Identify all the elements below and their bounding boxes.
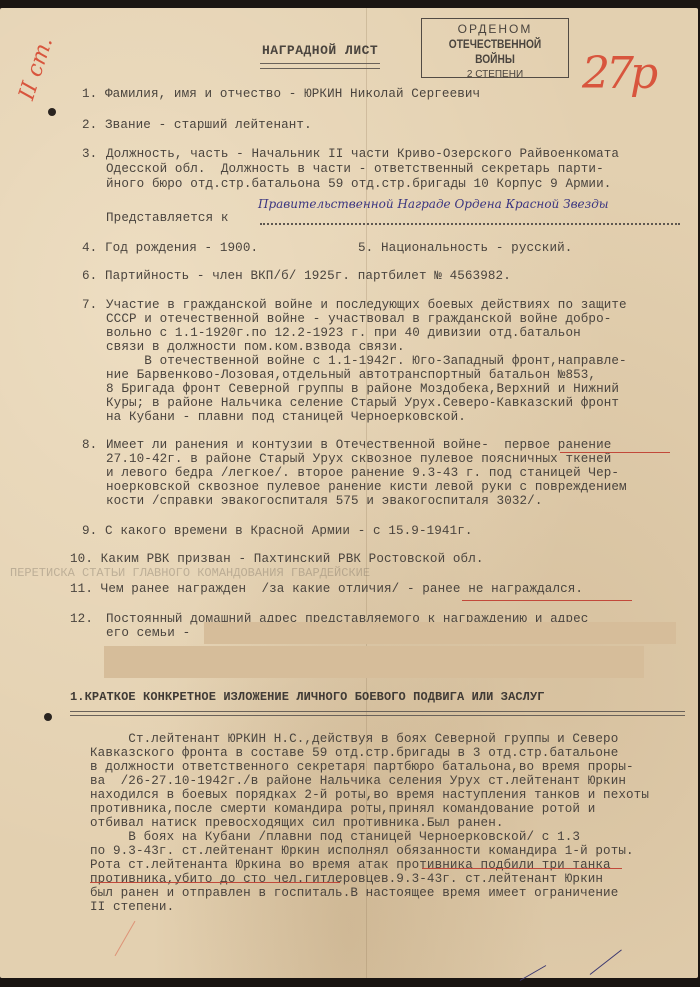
field-text: С какого времени в Красной Армии - с 15.… [105,524,473,538]
redacted-address [204,622,676,644]
redacted-address [104,646,644,678]
narrative-line: Ст.лейтенант ЮРКИН Н.С.,действуя в боях … [90,732,618,746]
field-8-line: и левого бедра /легкое/. второе ранение … [106,466,619,480]
field-8-line: Имеет ли ранения и контузии в Отечествен… [106,438,611,452]
field-5: 5. Национальность - русский. [358,241,572,255]
field-text: Национальность - русский. [381,241,572,255]
stamp-line-1: ОРДЕНОМ [422,22,568,37]
field-7-line: Куры; в районе Нальчика селение Старый У… [106,396,619,410]
field-number: 6. [82,269,97,283]
field-number: 5. [358,241,373,255]
field-7-number: 7. [82,298,97,312]
field-7-line: ние Барвенково-Лозовая,отдельный автотра… [106,368,596,382]
section-title: 1.КРАТКОЕ КОНКРЕТНОЕ ИЗЛОЖЕНИЕ ЛИЧНОГО Б… [70,690,545,704]
dotted-line [260,223,680,225]
handwritten-award: Правительственной Награде Ордена Красной… [258,197,609,211]
field-8-line: 27.10-42г. в районе Старый Урух сквозное… [106,452,611,466]
field-12-number: 12. [70,612,93,626]
field-3-number: 3. [82,147,97,161]
page-title: НАГРАДНОЙ ЛИСТ [262,44,378,58]
red-underline [90,882,340,883]
ghost-imprint: ПЕРЕТИСКА СТАТЬИ ГЛАВНОГО КОМАНДОВАНИЯ Г… [10,566,370,580]
field-9: 9. С какого времени в Красной Армии - с … [82,524,473,538]
narrative-line: II степени. [90,900,174,914]
narrative-line: по 9.3-43г. ст.лейтенант Юркин исполнял … [90,844,634,858]
margin-note-left: II ст. [14,34,58,103]
field-text: Чем ранее награжден /за какие отличия/ -… [101,582,583,596]
field-2: 2. Звание - старший лейтенант. [82,118,312,132]
field-3-line-2: Одесской обл. Должность в части - ответс… [106,162,604,176]
field-3-line-1: Должность, часть - Начальник II части Кр… [106,147,619,161]
field-8-number: 8. [82,438,97,452]
field-number: 10. [70,552,93,566]
field-1: 1. Фамилия, имя и отчество - ЮРКИН Никол… [82,87,480,101]
field-7-line: связи в должности пом.ком.взвода связи. [106,340,405,354]
narrative-line: противника,после смерти командира роты,п… [90,802,595,816]
field-7-line: вольно с 1.1-1920г.по 12.2-1923 г. при 4… [106,326,581,340]
field-text: Каким РВК призван - Пахтинский РВК Росто… [101,552,484,566]
field-10: 10. Каким РВК призван - Пахтинский РВК Р… [70,552,484,566]
field-8-line: ноерковской сквозное пулевое ранение кис… [106,480,627,494]
field-text: Фамилия, имя и отчество - ЮРКИН Николай … [105,87,480,101]
narrative-line: отбивал натиск превосходящих сил противн… [90,816,504,830]
field-3-line-3: йного бюро отд.стр.батальона 59 отд.стр.… [106,177,611,191]
field-11: 11. Чем ранее награжден /за какие отличи… [70,582,583,596]
field-text: Год рождения - 1900. [105,241,258,255]
field-number: 9. [82,524,97,538]
field-number: 4. [82,241,97,255]
field-text: Партийность - член ВКП/б/ 1925г. партбил… [105,269,511,283]
narrative-line: противника,убито до сто чел.гитлеровцев.… [90,872,603,886]
red-pencil-mark [115,921,136,956]
margin-note-right: 27р [582,48,654,99]
field-number: 2. [82,118,97,132]
pencil-mark [590,949,622,974]
presented-label: Представляется к [106,211,229,225]
field-number: 1. [82,87,97,101]
field-7-line: 8 Бригада фронт Северной группы в районе… [106,382,619,396]
field-7-line: В отечественной войне с 1.1-1942г. Юго-З… [106,354,627,368]
field-7-line: Участие в гражданской войне и последующи… [106,298,627,312]
field-number: 11. [70,582,93,596]
award-stamp: ОРДЕНОМ ОТЕЧЕСТВЕННОЙ ВОЙНЫ 2 СТЕПЕНИ [421,18,569,78]
stamp-line-3: 2 СТЕПЕНИ [422,67,568,82]
field-6: 6. Партийность - член ВКП/б/ 1925г. парт… [82,269,511,283]
field-8-line: кости /справки эвакогоспиталя 575 и эвак… [106,494,542,508]
field-4: 4. Год рождения - 1900. [82,241,258,255]
field-12-line: его семьи - [106,626,190,640]
narrative-line: был ранен и отправлен в госпиталь.В наст… [90,886,618,900]
narrative-line: Кавказского фронта в составе 59 отд.стр.… [90,746,618,760]
narrative-line: находился в боевых порядках 2-й роты,во … [90,788,649,802]
narrative-line: ва /26-27.10-1942г./в районе Нальчика се… [90,774,626,788]
red-underline [560,452,670,453]
field-7-line: СССР и отечественной войне - участвовал … [106,312,611,326]
red-underline [462,600,632,601]
field-text: Звание - старший лейтенант. [105,118,312,132]
punch-hole [44,713,52,721]
title-underline [260,63,380,69]
red-underline [422,868,622,869]
field-7-line: на Кубани - плавни под станицей Черноерк… [106,410,466,424]
section-underline [70,711,685,716]
narrative-line: В боях на Кубани /плавни под станицей Че… [90,830,580,844]
narrative-line: Рота ст.лейтенанта Юркина во время атак … [90,858,611,872]
pencil-mark [520,965,546,981]
punch-hole [48,108,56,116]
award-sheet: II ст. 27р НАГРАДНОЙ ЛИСТ ОРДЕНОМ ОТЕЧЕС… [0,8,698,978]
narrative-line: в должности ответственного секретаря пар… [90,760,634,774]
stamp-line-2: ОТЕЧЕСТВЕННОЙ ВОЙНЫ [433,37,557,67]
